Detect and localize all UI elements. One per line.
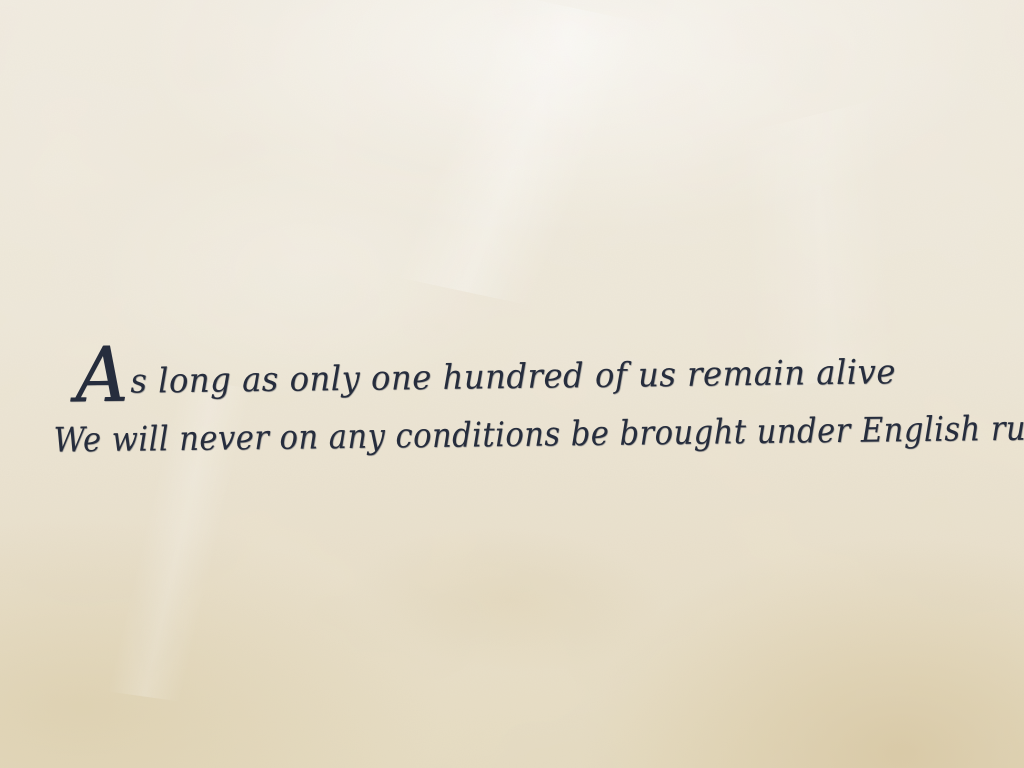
quote-line-1-text: s long as only one hundred of us remain … <box>130 352 896 401</box>
quote-line-2: We will never on any conditions be broug… <box>53 400 975 469</box>
drop-cap-initial: A <box>75 375 127 376</box>
parchment-background: As long as only one hundred of us remain… <box>0 0 1024 768</box>
calligraphy-quote: As long as only one hundred of us remain… <box>0 342 1024 471</box>
plaster-streak <box>401 0 639 315</box>
plaster-shading <box>292 466 728 735</box>
